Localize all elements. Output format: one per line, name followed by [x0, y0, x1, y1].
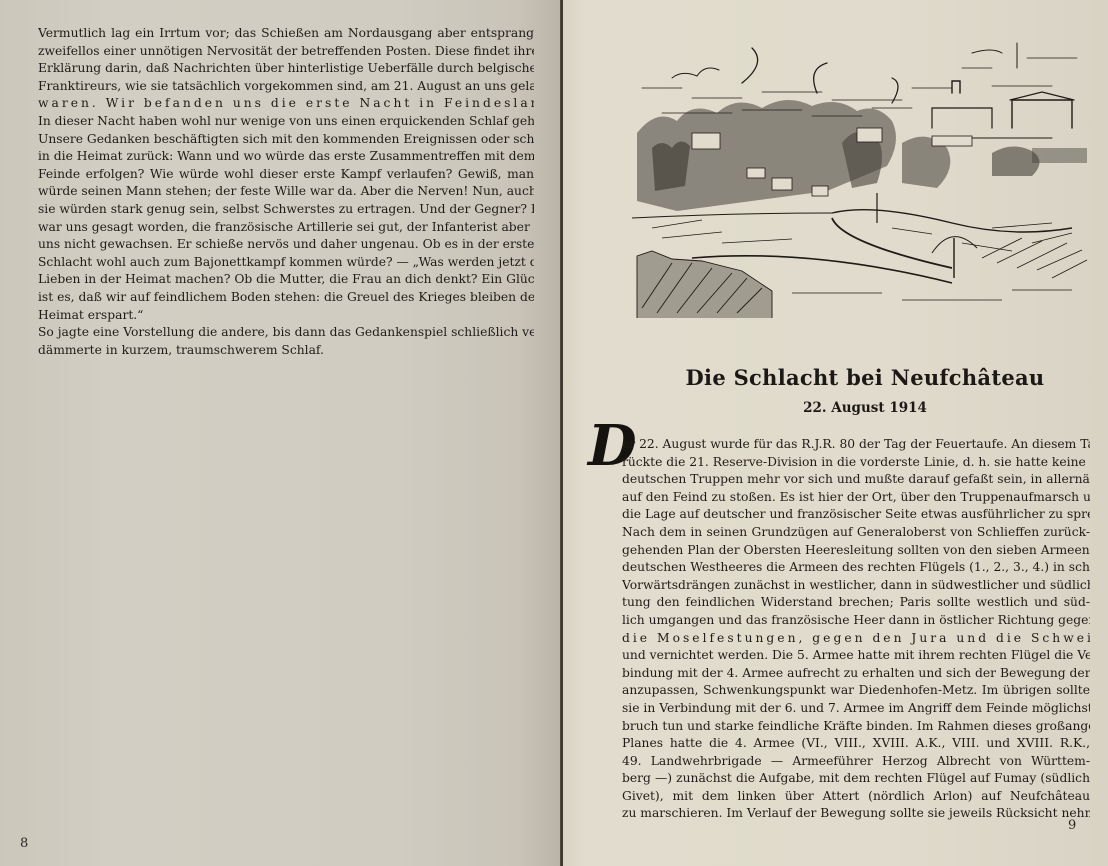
- left-page: Vermutlich lag ein Irrtum vor; das Schie…: [0, 0, 562, 866]
- text-line: So jagte eine Vorstellung die andere, bi…: [38, 324, 534, 342]
- right-page-body-text: er 22. August wurde für das R.J.R. 80 de…: [598, 436, 1090, 823]
- text-line: Planes hatte die 4. Armee (VI., VIII., X…: [622, 735, 1090, 753]
- chapter-title: Die Schlacht bei Neufchâteau: [640, 365, 1090, 390]
- text-line: sie in Verbindung mit der 6. und 7. Arme…: [622, 700, 1090, 718]
- text-line: ist es, daß wir auf feindlichem Boden st…: [38, 289, 534, 307]
- text-line: war uns gesagt worden, die französische …: [38, 219, 534, 237]
- text-line: lich umgangen und das französische Heer …: [622, 612, 1090, 630]
- text-line: berg —) zunächst die Aufgabe, mit dem re…: [622, 770, 1090, 788]
- text-line: Schlacht wohl auch zum Bajonettkampf kom…: [38, 254, 534, 272]
- text-line: sie würden stark genug sein, selbst Schw…: [38, 201, 534, 219]
- text-line: Vorwärtsdrängen zunächst in westlicher, …: [622, 577, 1090, 595]
- text-line: anzupassen, Schwenkungspunkt war Diedenh…: [622, 682, 1090, 700]
- text-line: 49. Landwehrbrigade — Armeeführer Herzog…: [622, 753, 1090, 771]
- text-line: Feinde erfolgen? Wie würde wohl dieser e…: [38, 166, 534, 184]
- page-number-left: 8: [20, 836, 28, 851]
- text-line: Lieben in der Heimat machen? Ob die Mutt…: [38, 271, 534, 289]
- text-line: Erklärung darin, daß Nachrichten über hi…: [38, 60, 534, 78]
- text-line: bindung mit der 4. Armee aufrecht zu erh…: [622, 665, 1090, 683]
- chapter-date: 22. August 1914: [640, 400, 1090, 416]
- text-line: gehenden Plan der Obersten Heeresleitung…: [622, 542, 1090, 560]
- text-line: waren. Wir befanden uns die erste Nacht …: [38, 95, 534, 113]
- text-line: Givet), mit dem linken über Attert (nörd…: [622, 788, 1090, 806]
- text-line: bruch tun und starke feindliche Kräfte b…: [622, 718, 1090, 736]
- text-line: auf den Feind zu stoßen. Es ist hier der…: [622, 489, 1090, 507]
- text-line: Vermutlich lag ein Irrtum vor; das Schie…: [38, 25, 534, 43]
- open-book-spread: Vermutlich lag ein Irrtum vor; das Schie…: [0, 0, 1108, 866]
- text-line: er 22. August wurde für das R.J.R. 80 de…: [622, 436, 1090, 454]
- landscape-illustration: [632, 28, 1092, 318]
- text-line: Franktireurs, wie sie tatsächlich vorgek…: [38, 78, 534, 96]
- text-line: würde seinen Mann stehen; der feste Will…: [38, 183, 534, 201]
- text-line: Unsere Gedanken beschäftigten sich mit d…: [38, 131, 534, 149]
- text-line: Heimat erspart.“: [38, 307, 534, 325]
- text-line: deutschen Westheeres die Armeen des rech…: [622, 559, 1090, 577]
- page-number-right: 9: [1068, 818, 1076, 833]
- text-line: tung den feindlichen Widerstand brechen;…: [622, 594, 1090, 612]
- left-page-body-text: Vermutlich lag ein Irrtum vor; das Schie…: [38, 25, 534, 359]
- text-line: dämmerte in kurzem, traumschwerem Schlaf…: [38, 342, 534, 360]
- text-line: In dieser Nacht haben wohl nur wenige vo…: [38, 113, 534, 131]
- text-line: in die Heimat zurück: Wann und wo würde …: [38, 148, 534, 166]
- text-line: rückte die 21. Reserve-Division in die v…: [622, 454, 1090, 472]
- text-line: die Moselfestungen, gegen den Jura und d…: [622, 630, 1090, 648]
- text-line: zu marschieren. Im Verlauf der Bewegung …: [622, 805, 1090, 823]
- text-line: zweifellos einer unnötigen Nervosität de…: [38, 43, 534, 61]
- text-line: deutschen Truppen mehr vor sich und mußt…: [622, 471, 1090, 489]
- text-line: Nach dem in seinen Grundzügen auf Genera…: [622, 524, 1090, 542]
- text-line: uns nicht gewachsen. Er schieße nervös u…: [38, 236, 534, 254]
- text-line: die Lage auf deutscher und französischer…: [622, 506, 1090, 524]
- text-line: und vernichtet werden. Die 5. Armee hatt…: [622, 647, 1090, 665]
